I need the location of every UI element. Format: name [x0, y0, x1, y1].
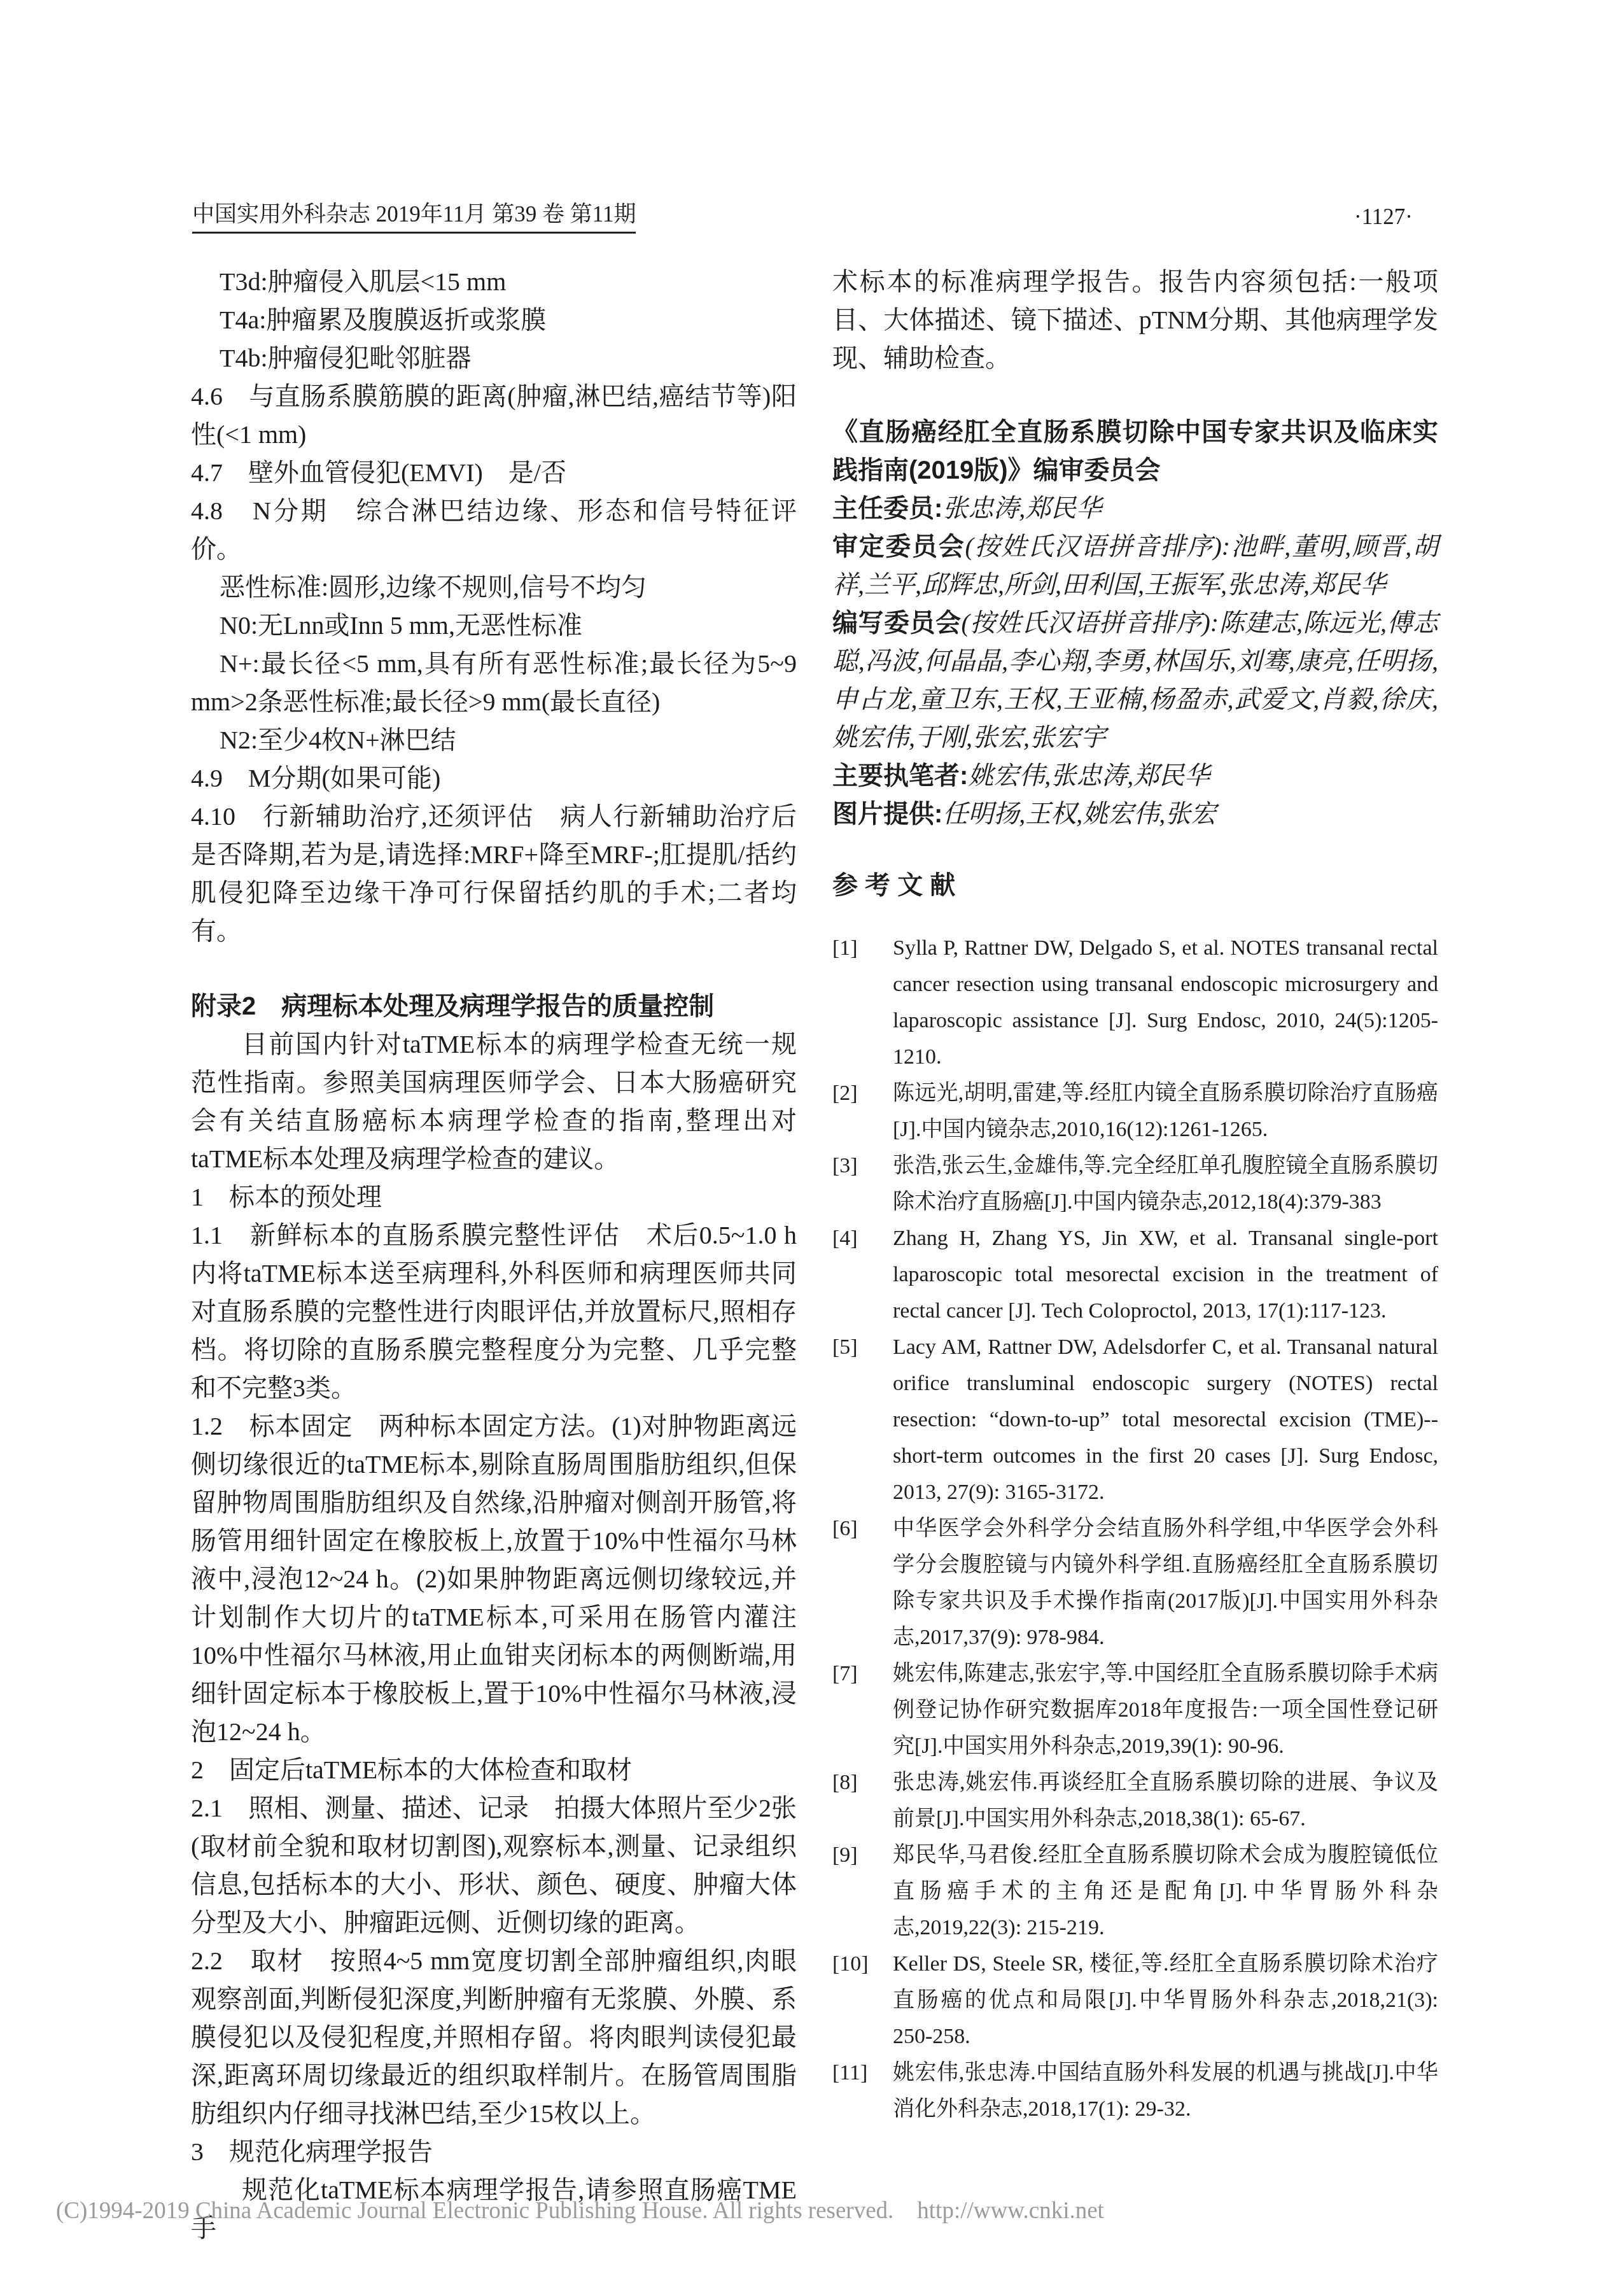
- text-paragraph: 2.2 取材 按照4~5 mm宽度切割全部肿瘤组织,肉眼观察剖面,判断侵犯深度,…: [191, 1942, 797, 2133]
- reference-text: 郑民华,马君俊.经肛全直肠系膜切除术会成为腹腔镜低位直肠癌手术的主角还是配角[J…: [893, 1843, 1438, 1939]
- left-column: T3d:肿瘤侵入肌层<15 mm T4a:肿瘤累及腹膜返折或浆膜 T4b:肿瘤侵…: [191, 263, 797, 2247]
- reference-number: [9]: [832, 1837, 858, 1873]
- reference-item: [1]Sylla P, Rattner DW, Delgado S, et al…: [832, 930, 1438, 1075]
- text-paragraph: 4.10 行新辅助治疗,还须评估 病人行新辅助治疗后是否降期,若为是,请选择:M…: [191, 798, 797, 950]
- reference-item: [8]张忠涛,姚宏伟.再谈经肛全直肠系膜切除的进展、争议及前景[J].中国实用外…: [832, 1764, 1438, 1837]
- text-paragraph: 目前国内针对taTME标本的病理学检查无统一规范性指南。参照美国病理医师学会、日…: [191, 1025, 797, 1178]
- text-paragraph: T4b:肿瘤侵犯毗邻脏器: [191, 339, 797, 377]
- committee-list: 主任委员:张忠涛,郑民华 审定委员会(按姓氏汉语拼音排序):池畔,董明,顾晋,胡…: [832, 489, 1438, 833]
- reference-text: Zhang H, Zhang YS, Jin XW, et al. Transa…: [893, 1227, 1438, 1323]
- text-paragraph: 4.6 与直肠系膜筋膜的距离(肿瘤,淋巴结,癌结节等)阳性(<1 mm): [191, 377, 797, 454]
- reference-text: 中华医学会外科学分会结直肠外科学组,中华医学会外科学分会腹腔镜与内镜外科学组.直…: [893, 1517, 1438, 1649]
- reference-text: Keller DS, Steele SR, 楼征,等.经肛全直肠系膜切除术治疗直…: [893, 1952, 1438, 2048]
- committee-line: 主任委员:张忠涛,郑民华: [832, 489, 1438, 528]
- text-paragraph: 1.1 新鲜标本的直肠系膜完整性评估 术后0.5~1.0 h内将taTME标本送…: [191, 1216, 797, 1407]
- reference-item: [4]Zhang H, Zhang YS, Jin XW, et al. Tra…: [832, 1220, 1438, 1329]
- reference-text: 张忠涛,姚宏伟.再谈经肛全直肠系膜切除的进展、争议及前景[J].中国实用外科杂志…: [893, 1771, 1438, 1831]
- text-paragraph: 1.2 标本固定 两种标本固定方法。(1)对肿物距离远侧切缘很近的taTME标本…: [191, 1407, 797, 1751]
- reference-number: [2]: [832, 1075, 858, 1111]
- reference-item: [2]陈远光,胡明,雷建,等.经肛内镜全直肠系膜切除治疗直肠癌[J].中国内镜杂…: [832, 1075, 1438, 1148]
- text-paragraph: N2:至少4枚N+淋巴结: [191, 721, 797, 759]
- continued-paragraph: 术标本的标准病理学报告。报告内容须包括:一般项目、大体描述、镜下描述、pTNM分…: [832, 263, 1438, 377]
- reference-number: [3]: [832, 1148, 858, 1184]
- journal-page: 中国实用外科杂志 2019年11月 第39 卷 第11期 ·1127· T3d:…: [0, 0, 1624, 2278]
- committee-line: 编写委员会(按姓氏汉语拼音排序):陈建志,陈远光,傅志聪,冯波,何晶晶,李心翔,…: [832, 604, 1438, 757]
- text-paragraph: 2 固定后taTME标本的大体检查和取材: [191, 1751, 797, 1789]
- reference-item: [3]张浩,张云生,金雄伟,等.完全经肛单孔腹腔镜全直肠系膜切除术治疗直肠癌[J…: [832, 1148, 1438, 1220]
- committee-role-label: 图片提供:: [832, 800, 942, 828]
- committee-role-label: 主要执笔者:: [832, 762, 968, 790]
- text-paragraph: T4a:肿瘤累及腹膜返折或浆膜: [191, 301, 797, 339]
- reference-number: [4]: [832, 1220, 858, 1256]
- footer-copyright: (C)1994-2019 China Academic Journal Elec…: [56, 2197, 1104, 2225]
- text-paragraph: T3d:肿瘤侵入肌层<15 mm: [191, 263, 797, 301]
- text-paragraph: 4.8 N分期 综合淋巴结边缘、形态和信号特征评价。: [191, 492, 797, 568]
- reference-number: [8]: [832, 1764, 858, 1801]
- committee-names: 任明扬,王权,姚宏伟,张宏: [942, 799, 1216, 828]
- reference-number: [10]: [832, 1946, 869, 1982]
- reference-text: 陈远光,胡明,雷建,等.经肛内镜全直肠系膜切除治疗直肠癌[J].中国内镜杂志,2…: [893, 1081, 1438, 1141]
- reference-item: [10]Keller DS, Steele SR, 楼征,等.经肛全直肠系膜切除…: [832, 1946, 1438, 2055]
- reference-text: Sylla P, Rattner DW, Delgado S, et al. N…: [893, 936, 1438, 1069]
- page-number: ·1127·: [1354, 204, 1413, 230]
- committee-line: 审定委员会(按姓氏汉语拼音排序):池畔,董明,顾晋,胡祥,兰平,邱辉忠,所剑,田…: [832, 528, 1438, 604]
- text-paragraph: N+:最长径<5 mm,具有所有恶性标准;最长径为5~9 mm>2条恶性标准;最…: [191, 645, 797, 721]
- reference-number: [1]: [832, 930, 858, 966]
- reference-text: 姚宏伟,陈建志,张宏宇,等.中国经肛全直肠系膜切除手术病例登记协作研究数据库20…: [893, 1662, 1438, 1758]
- text-paragraph: 附录2 病理标本处理及病理学报告的质量控制: [191, 987, 797, 1025]
- committee-names: 张忠涛,郑民华: [942, 494, 1102, 523]
- reference-number: [7]: [832, 1656, 858, 1692]
- reference-number: [6]: [832, 1510, 858, 1547]
- text-paragraph: 3 规范化病理学报告: [191, 2133, 797, 2171]
- committee-heading: 《直肠癌经肛全直肠系膜切除中国专家共识及临床实践指南(2019版)》编审委员会: [832, 413, 1438, 489]
- text-paragraph: 4.7 壁外血管侵犯(EMVI) 是/否: [191, 454, 797, 492]
- committee-role-label: 审定委员会: [832, 533, 965, 561]
- reference-item: [9]郑民华,马君俊.经肛全直肠系膜切除术会成为腹腔镜低位直肠癌手术的主角还是配…: [832, 1837, 1438, 1946]
- reference-item: [6]中华医学会外科学分会结直肠外科学组,中华医学会外科学分会腹腔镜与内镜外科学…: [832, 1510, 1438, 1656]
- reference-text: 张浩,张云生,金雄伟,等.完全经肛单孔腹腔镜全直肠系膜切除术治疗直肠癌[J].中…: [893, 1154, 1438, 1214]
- reference-item: [11]姚宏伟,张忠涛.中国结直肠外科发展的机遇与挑战[J].中华消化外科杂志,…: [832, 2055, 1438, 2127]
- committee-line: 主要执笔者:姚宏伟,张忠涛,郑民华: [832, 757, 1438, 795]
- references-list: [1]Sylla P, Rattner DW, Delgado S, et al…: [832, 930, 1438, 2127]
- committee-role-label: 主任委员:: [832, 495, 942, 523]
- reference-item: [7]姚宏伟,陈建志,张宏宇,等.中国经肛全直肠系膜切除手术病例登记协作研究数据…: [832, 1656, 1438, 1764]
- journal-header: 中国实用外科杂志 2019年11月 第39 卷 第11期: [192, 201, 636, 234]
- references-heading: 参 考 文 献: [832, 866, 1438, 904]
- reference-item: [5]Lacy AM, Rattner DW, Adelsdorfer C, e…: [832, 1329, 1438, 1510]
- committee-names: 姚宏伟,张忠涛,郑民华: [968, 761, 1210, 790]
- text-paragraph: 1 标本的预处理: [191, 1178, 797, 1216]
- reference-text: Lacy AM, Rattner DW, Adelsdorfer C, et a…: [893, 1335, 1438, 1504]
- text-paragraph: 恶性标准:圆形,边缘不规则,信号不均匀: [191, 568, 797, 607]
- committee-role-label: 编写委员会: [832, 609, 961, 637]
- text-paragraph: N0:无Lnn或Inn 5 mm,无恶性标准: [191, 607, 797, 645]
- text-paragraph: 2.1 照相、测量、描述、记录 拍摄大体照片至少2张(取材前全貌和取材切割图),…: [191, 1789, 797, 1942]
- text-paragraph: 4.9 M分期(如果可能): [191, 759, 797, 798]
- committee-line: 图片提供:任明扬,王权,姚宏伟,张宏: [832, 795, 1438, 833]
- reference-text: 姚宏伟,张忠涛.中国结直肠外科发展的机遇与挑战[J].中华消化外科杂志,2018…: [893, 2061, 1438, 2121]
- right-column: 术标本的标准病理学报告。报告内容须包括:一般项目、大体描述、镜下描述、pTNM分…: [832, 263, 1438, 2127]
- reference-number: [11]: [832, 2055, 867, 2091]
- reference-number: [5]: [832, 1329, 858, 1365]
